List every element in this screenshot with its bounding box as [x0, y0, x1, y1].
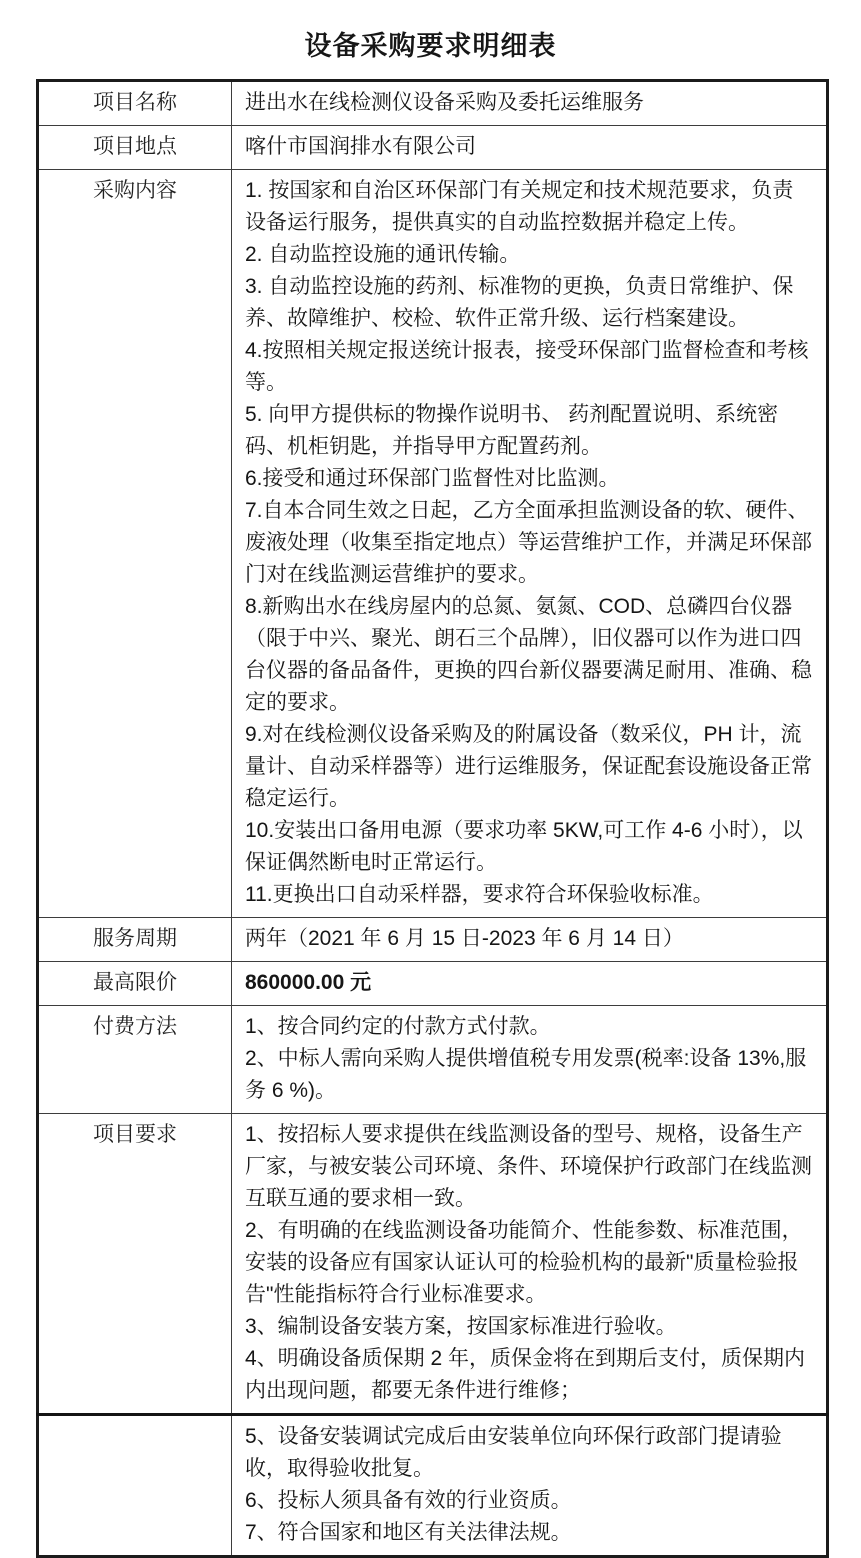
document-page: 设备采购要求明细表 项目名称 进出水在线检测仪设备采购及委托运维服务 项目地点 …	[0, 0, 861, 1558]
label-procurement-content: 采购内容	[38, 170, 232, 918]
label-empty	[38, 1415, 232, 1557]
value-project-requirements: 1、按招标人要求提供在线监测设备的型号、规格，设备生产厂家，与被安装公司环境、条…	[232, 1114, 828, 1415]
table-row-price-limit: 最高限价 860000.00 元	[38, 962, 828, 1006]
table-row-project-requirements: 项目要求 1、按招标人要求提供在线监测设备的型号、规格，设备生产厂家，与被安装公…	[38, 1114, 828, 1415]
label-project-location: 项目地点	[38, 126, 232, 170]
value-project-location: 喀什市国润排水有限公司	[232, 126, 828, 170]
value-requirements-continued: 5、设备安装调试完成后由安装单位向环保行政部门提请验收，取得验收批复。 6、投标…	[232, 1415, 828, 1557]
table-row-service-period: 服务周期 两年（2021 年 6 月 15 日-2023 年 6 月 14 日）	[38, 918, 828, 962]
label-price-limit: 最高限价	[38, 962, 232, 1006]
table-row-payment-method: 付费方法 1、按合同约定的付款方式付款。 2、中标人需向采购人提供增值税专用发票…	[38, 1006, 828, 1114]
value-service-period: 两年（2021 年 6 月 15 日-2023 年 6 月 14 日）	[232, 918, 828, 962]
label-payment-method: 付费方法	[38, 1006, 232, 1114]
label-service-period: 服务周期	[38, 918, 232, 962]
value-procurement-content: 1. 按国家和自治区环保部门有关规定和技术规范要求，负责设备运行服务，提供真实的…	[232, 170, 828, 918]
page-title: 设备采购要求明细表	[0, 0, 861, 79]
table-row-procurement-content: 采购内容 1. 按国家和自治区环保部门有关规定和技术规范要求，负责设备运行服务，…	[38, 170, 828, 918]
value-project-name: 进出水在线检测仪设备采购及委托运维服务	[232, 81, 828, 126]
table-row-requirements-continued: 5、设备安装调试完成后由安装单位向环保行政部门提请验收，取得验收批复。 6、投标…	[38, 1415, 828, 1557]
value-payment-method: 1、按合同约定的付款方式付款。 2、中标人需向采购人提供增值税专用发票(税率:设…	[232, 1006, 828, 1114]
value-price-limit: 860000.00 元	[232, 962, 828, 1006]
label-project-name: 项目名称	[38, 81, 232, 126]
procurement-table: 项目名称 进出水在线检测仪设备采购及委托运维服务 项目地点 喀什市国润排水有限公…	[36, 79, 829, 1558]
table-row-project-location: 项目地点 喀什市国润排水有限公司	[38, 126, 828, 170]
label-project-requirements: 项目要求	[38, 1114, 232, 1415]
table-row-project-name: 项目名称 进出水在线检测仪设备采购及委托运维服务	[38, 81, 828, 126]
